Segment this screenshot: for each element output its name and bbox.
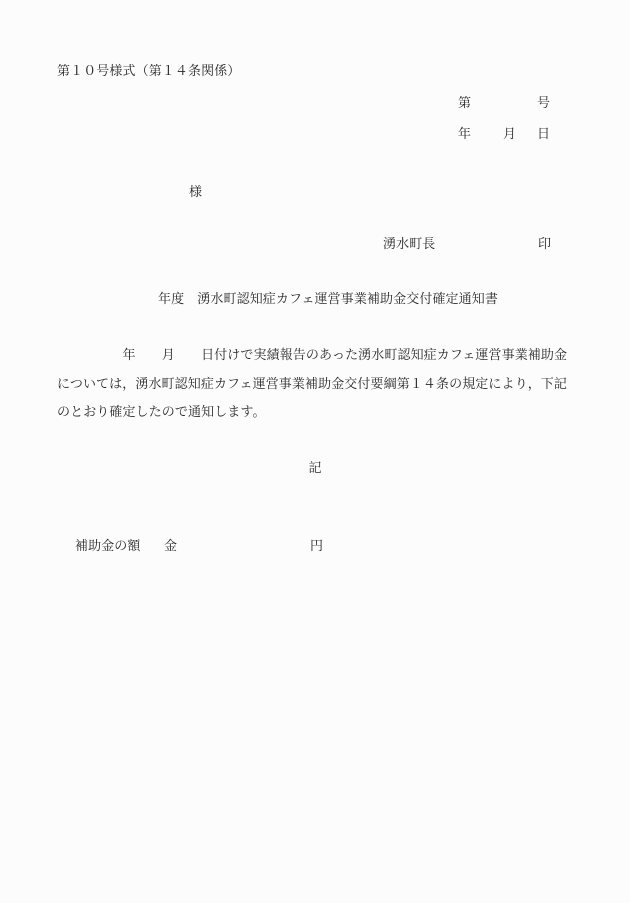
issue-number-prefix-label: 第 <box>458 96 471 112</box>
issue-number-suffix-label: 号 <box>537 96 550 112</box>
form-number-label: 第１０号様式（第１４条関係） <box>57 64 240 80</box>
amount-currency-prefix-label: 金 <box>164 539 177 555</box>
subsidy-amount-label: 補助金の額 <box>75 539 141 555</box>
body-paragraph-line-1: 年 月 日付けで実績報告のあった湧水町認知症カフェ運営事業補助金 <box>57 348 567 364</box>
issue-date-day-label: 日 <box>537 127 550 143</box>
body-paragraph-line-3: のとおり確定したので通知します。 <box>57 405 266 421</box>
issue-date-year-label: 年 <box>458 127 471 143</box>
amount-currency-unit-label: 円 <box>310 539 323 555</box>
sender-title-label: 湧水町長 <box>383 237 435 253</box>
document-title: 年度 湧水町認知症カフェ運営事業補助金交付確定通知書 <box>158 292 498 308</box>
issue-date-month-label: 月 <box>503 127 516 143</box>
seal-placeholder-label: 印 <box>538 237 551 253</box>
addressee-honorific-label: 様 <box>189 185 202 201</box>
body-paragraph-line-2: については，湧水町認知症カフェ運営事業補助金交付要綱第１４条の規定により，下記 <box>57 377 567 393</box>
notice-document-page: 第１０号様式（第１４条関係） 第 号 年 月 日 様 湧水町長 印 年度 湧水町… <box>0 0 630 903</box>
record-marker-label: 記 <box>0 461 630 477</box>
